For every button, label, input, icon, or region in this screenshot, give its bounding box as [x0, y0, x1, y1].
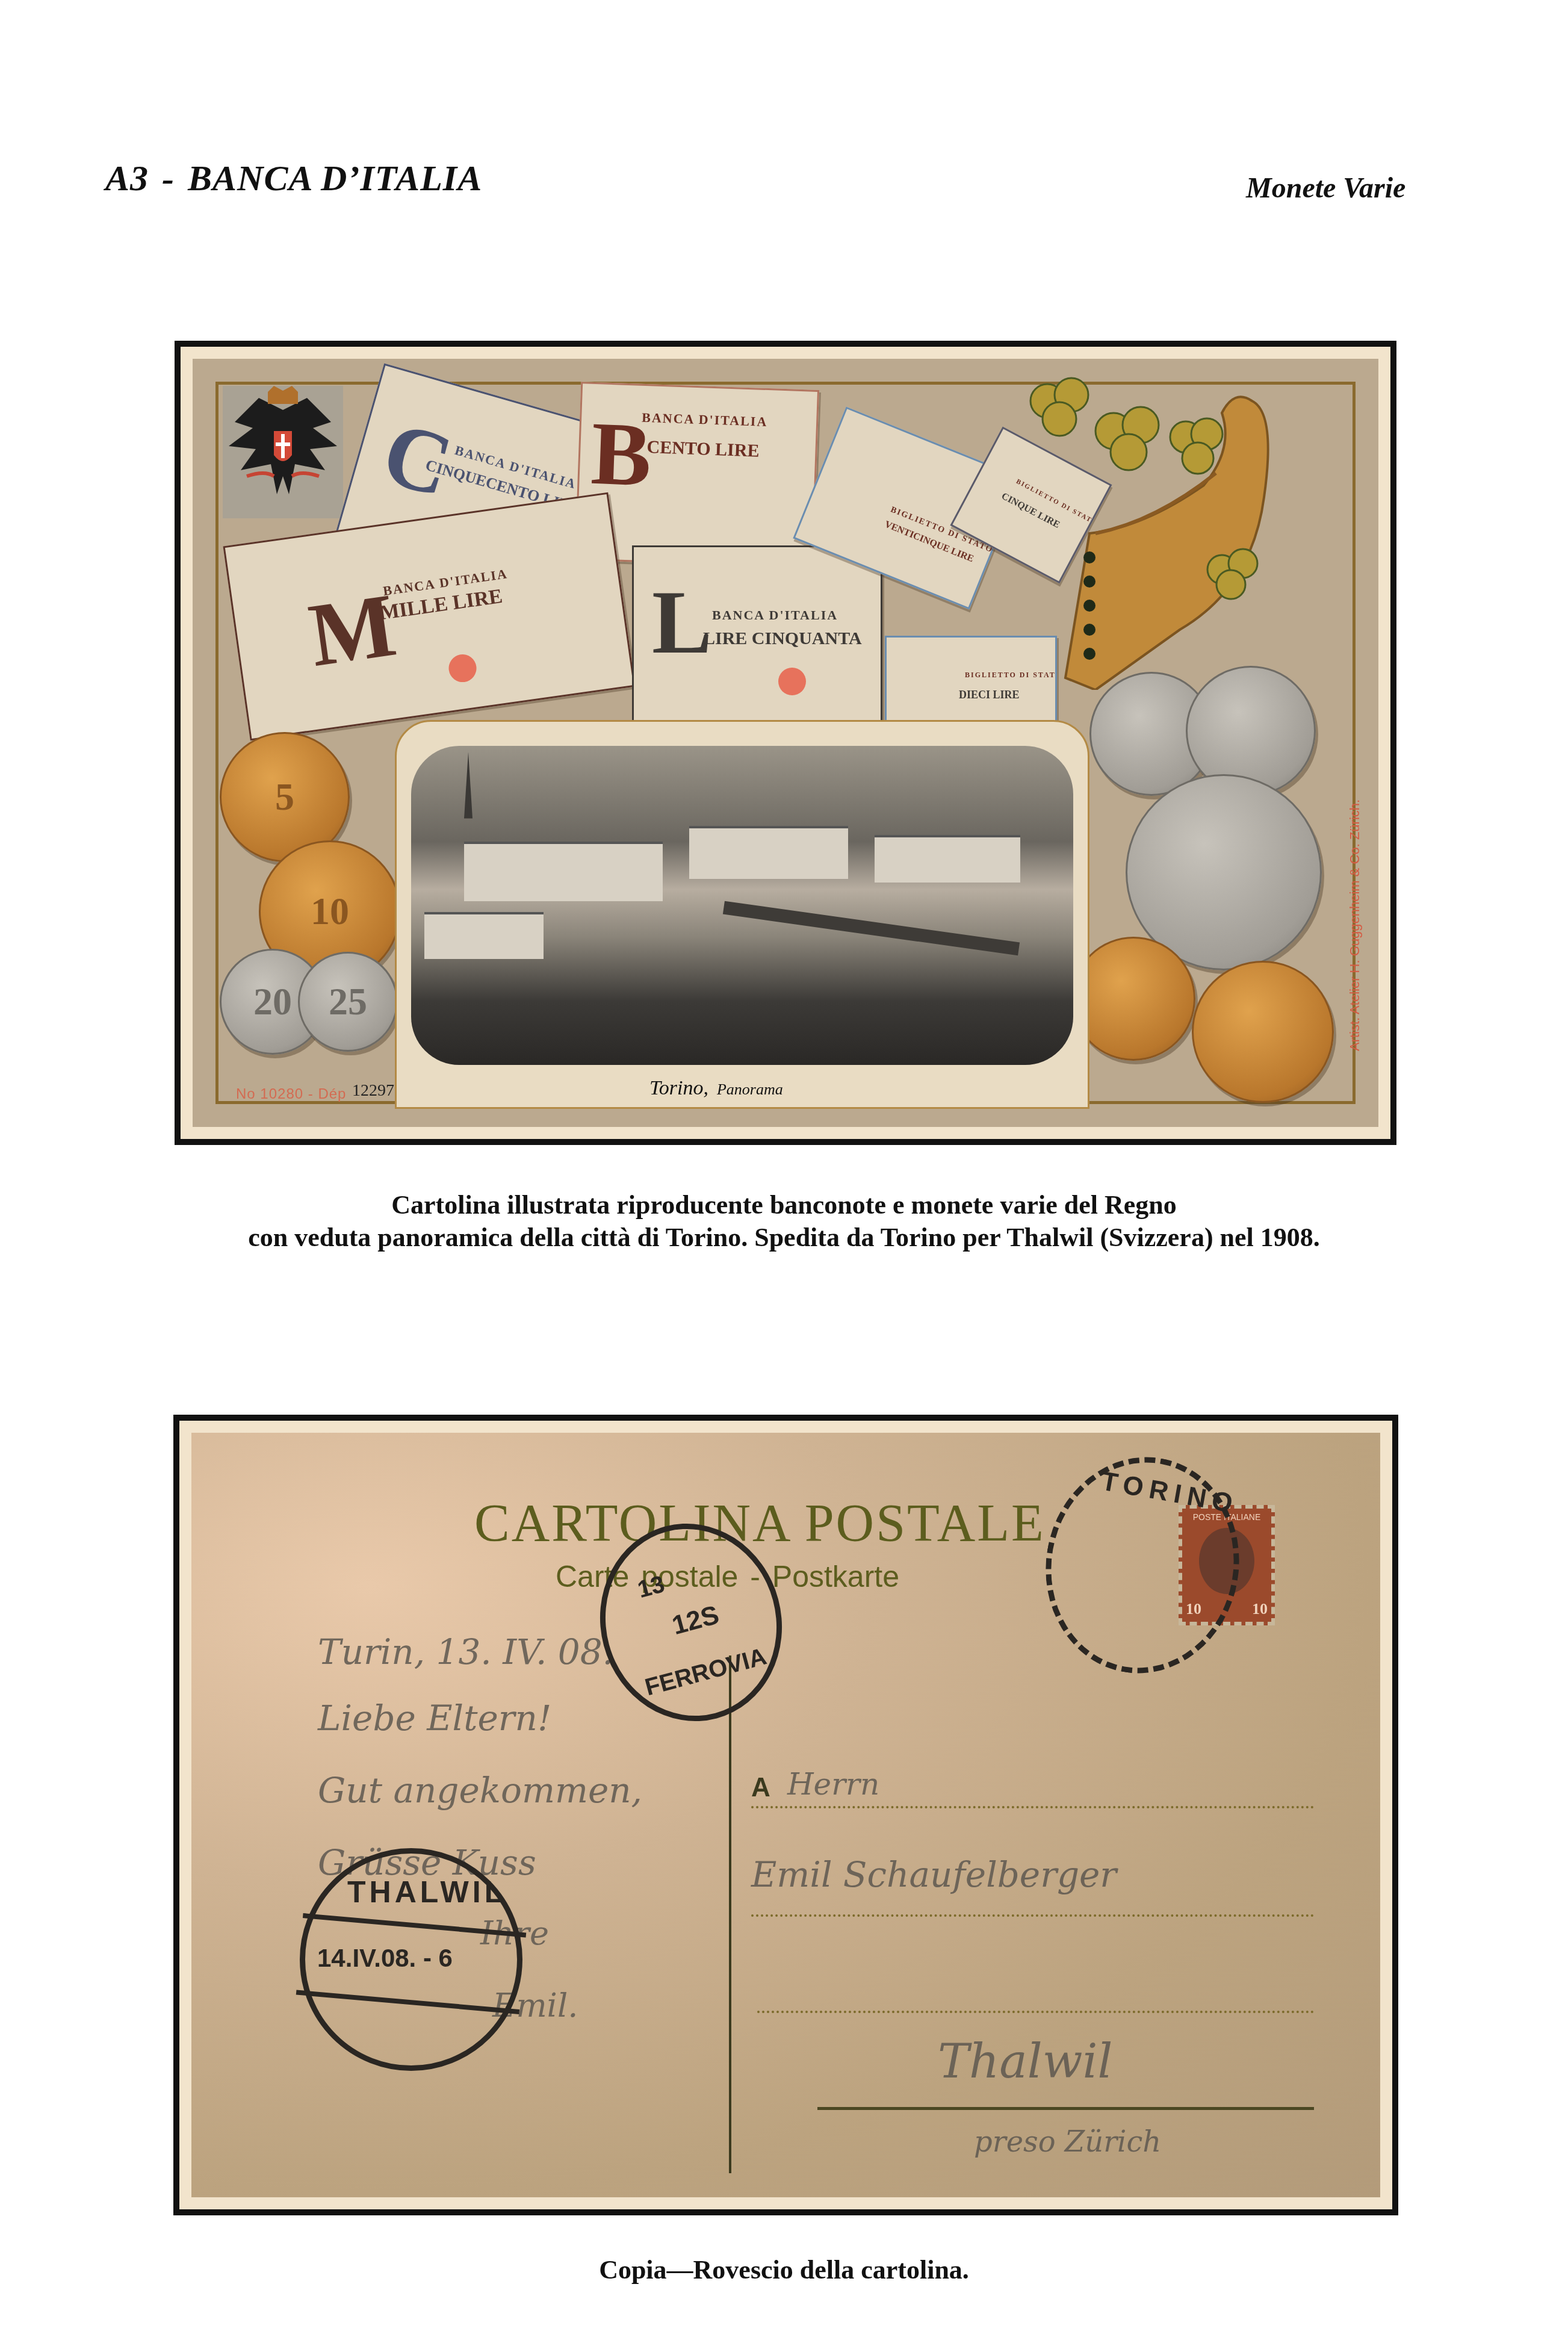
back-caption: Copia—Rovescio della cartolina. — [0, 2254, 1568, 2285]
coin-gold-portrait — [1192, 961, 1334, 1103]
panorama-caption: Torino,Panorama — [649, 1077, 783, 1100]
section-separator: - — [162, 158, 175, 198]
message-line: Liebe Eltern! — [318, 1698, 551, 1739]
address-line: Emil Schaufelberger — [751, 1854, 1117, 1895]
postcard-back: CARTOLINA POSTALE Carte postale - Postka… — [173, 1415, 1398, 2215]
torino-panorama-photo — [411, 746, 1073, 1065]
bridge — [723, 901, 1020, 955]
savoy-eagle-icon — [223, 386, 343, 518]
section-title: BANCA D’ITALIA — [188, 158, 482, 198]
postcard-front: C BANCA D'ITALIA CINQUECENTO LIRE B BANC… — [175, 341, 1396, 1145]
address-line: Thalwil — [938, 2035, 1112, 2089]
postmark-torino-on-stamp: TORINO — [1029, 1442, 1256, 1689]
coin-silver-25: 25 — [298, 952, 398, 1052]
cornucopia-icon — [1023, 377, 1276, 690]
front-caption: Cartolina illustrata riproducente bancon… — [0, 1189, 1568, 1254]
address-line: preso Zürich — [974, 2125, 1161, 2159]
postcard-front-surface: C BANCA D'ITALIA CINQUECENTO LIRE B BANC… — [193, 359, 1378, 1127]
message-address-divider — [729, 1655, 731, 2173]
banknote-50-lire: L BANCA D'ITALIA LIRE CINQUANTA — [632, 545, 882, 730]
postcard-title: CARTOLINA POSTALE — [474, 1493, 1046, 1554]
section-heading: A3-BANCA D’ITALIA — [105, 158, 482, 199]
postmark-thalwil: THALWIL 14.IV.08. - 6 — [300, 1848, 522, 2071]
mole-antonelliana — [464, 752, 473, 819]
front-caption-line-1: Cartolina illustrata riproducente bancon… — [0, 1189, 1568, 1221]
publisher-number: No 10280 - Dép — [236, 1086, 346, 1103]
serial-number: 12297 — [352, 1081, 394, 1100]
topic-heading: Monete Varie — [1246, 172, 1405, 205]
message-line: Turin, 13. IV. 08. — [318, 1631, 613, 1672]
panorama-vignette: Torino,Panorama — [395, 720, 1089, 1109]
postcard-back-surface: CARTOLINA POSTALE Carte postale - Postka… — [191, 1433, 1380, 2197]
address-prefix: A — [751, 1773, 770, 1803]
printer-credit: Artist. Atelier H. Guggenheim & Co. Züri… — [1347, 618, 1363, 1051]
section-code: A3 — [105, 158, 149, 198]
message-line: Gut angekommen, — [318, 1770, 642, 1811]
front-caption-line-2: con veduta panoramica della città di Tor… — [0, 1221, 1568, 1254]
coin-gold-crest — [1071, 937, 1195, 1061]
address-line: Herrn — [787, 1767, 879, 1802]
